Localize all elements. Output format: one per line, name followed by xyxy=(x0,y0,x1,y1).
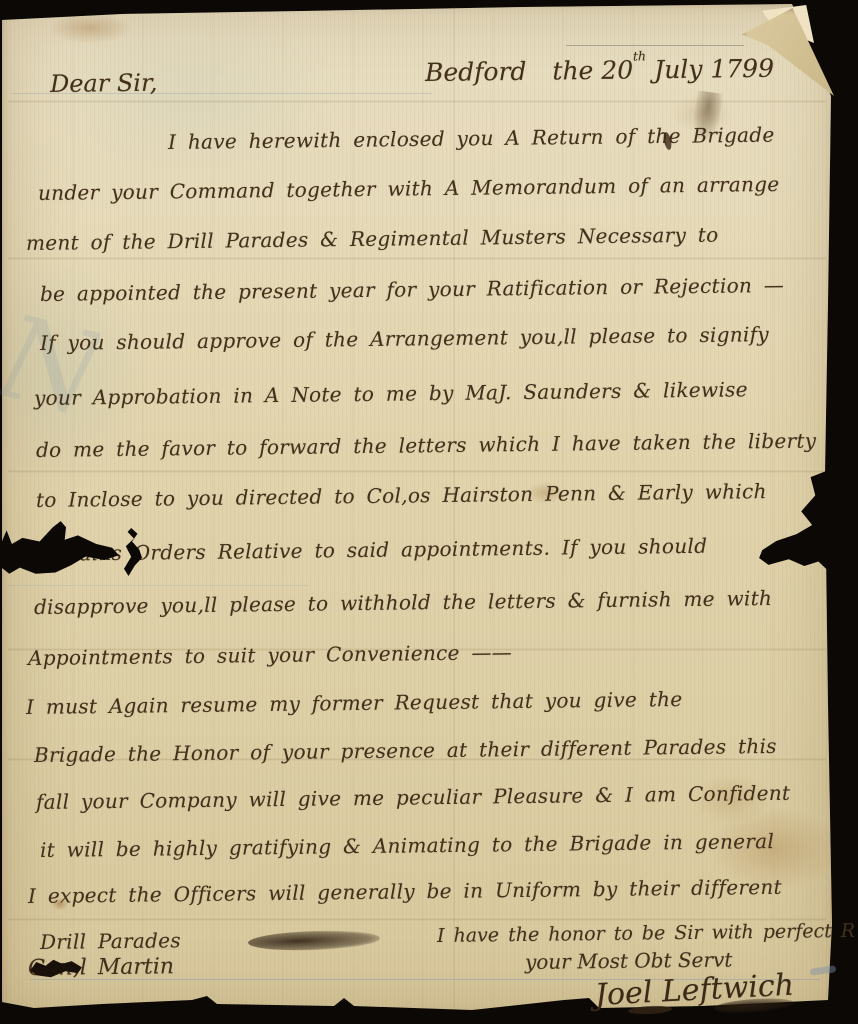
pencil-line xyxy=(566,45,744,46)
dateline-place: Bedford xyxy=(425,57,527,87)
letter-line: Drill Parades xyxy=(40,928,181,954)
vertical-fold-crease xyxy=(453,6,455,1010)
closing-line: your Most Obt Servt xyxy=(525,947,733,974)
salutation: Dear Sir, xyxy=(50,69,158,98)
fold-crease xyxy=(8,918,826,921)
fold-crease xyxy=(8,470,826,473)
watermark-letters: NC xyxy=(0,300,100,444)
dateline-day-suffix: th xyxy=(633,48,646,63)
dateline: Bedford the 20th July 1799 xyxy=(425,54,774,87)
dateline-day: the 20 xyxy=(552,55,633,85)
fold-crease xyxy=(8,257,826,260)
dateline-month-year: July 1799 xyxy=(654,54,774,84)
letter-scan: NC Dear Sir, Bedford the 20th July 1799 … xyxy=(0,0,858,1024)
